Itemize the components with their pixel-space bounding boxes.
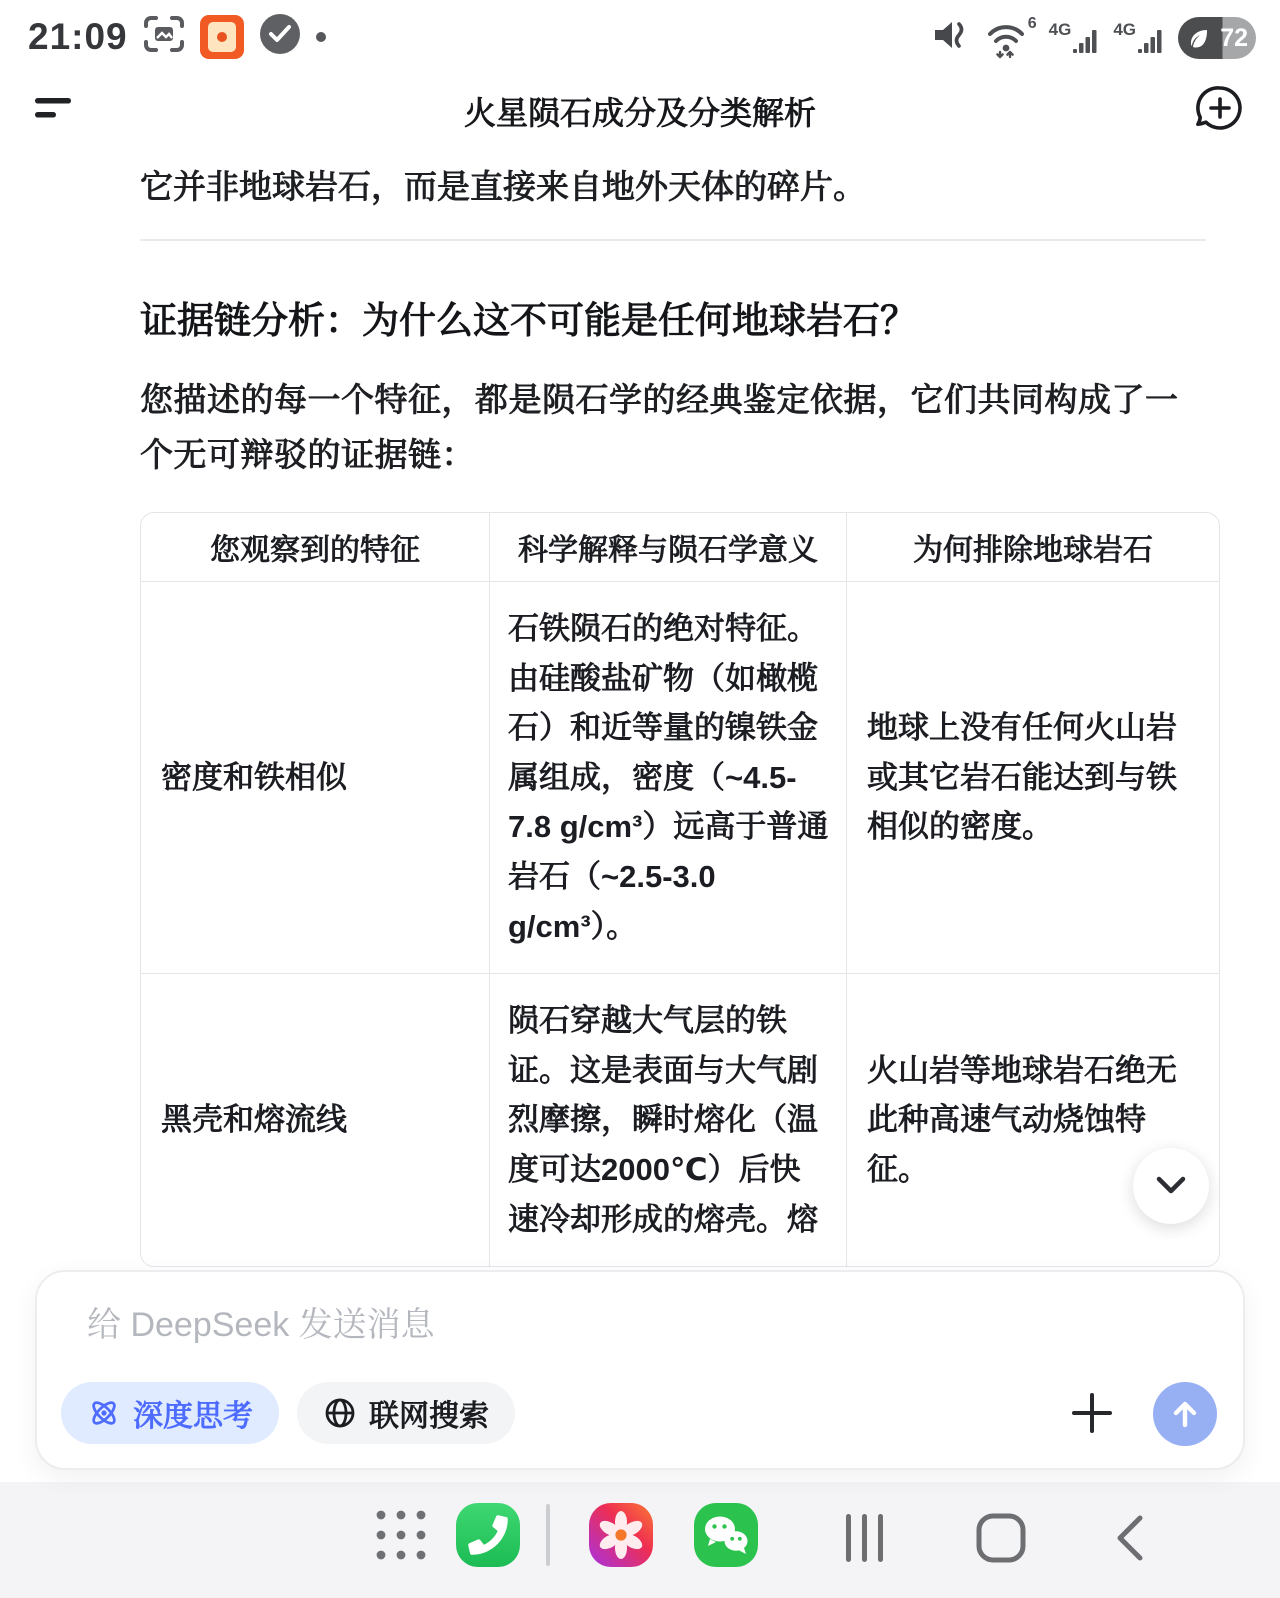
atom-icon (87, 1396, 121, 1430)
sim2-signal-icon: 4G (1113, 21, 1166, 55)
status-bar: 21:09 (0, 8, 1280, 64)
wifi6-label: 6 (1028, 15, 1037, 33)
deepseek-app-screen: 21:09 (0, 0, 1280, 1598)
message-input[interactable] (85, 1296, 1089, 1354)
message-composer: 深度思考 联网搜索 (35, 1270, 1245, 1470)
section-intro-paragraph: 您描述的每一个特征，都是陨石学的经典鉴定依据，它们共同构成了一个无可辩驳的证据链… (140, 372, 1202, 482)
wifi-icon: 6 (985, 17, 1037, 59)
more-notifications-dot (316, 32, 326, 42)
new-chat-icon[interactable] (1192, 80, 1248, 136)
wechat-app-icon[interactable] (694, 1503, 758, 1567)
cell-exclusion-density: 地球上没有任何火山岩或其它岩石能达到与铁相似的密度。 (846, 581, 1219, 973)
chevron-down-icon (1155, 1176, 1187, 1196)
mute-vibrate-icon (929, 14, 973, 61)
nav-home-button[interactable] (975, 1512, 1027, 1569)
section-heading: 证据链分析：为什么这不可能是任何地球岩石？ (140, 290, 1200, 344)
attach-plus-icon[interactable] (1069, 1390, 1115, 1436)
phone-app-icon[interactable] (456, 1503, 520, 1567)
dock-divider (546, 1504, 550, 1566)
battery-indicator: 72 (1178, 17, 1256, 59)
gallery-app-icon[interactable] (589, 1503, 653, 1567)
power-saving-leaf-icon (1187, 26, 1211, 50)
screenshot-notification-icon (142, 14, 186, 59)
deep-think-label: 深度思考 (133, 1391, 253, 1435)
nav-recents-button[interactable] (844, 1512, 886, 1569)
cell-explanation-fusion-crust: 陨石穿越大气层的铁证。这是表面与大气剧烈摩擦，瞬时熔化（温度可达2000℃）后快… (489, 973, 846, 1266)
cell-feature-fusion-crust: 黑壳和熔流线 (141, 973, 489, 1266)
clock: 21:09 (28, 16, 128, 58)
arrow-up-icon (1168, 1397, 1202, 1431)
table-row: 黑壳和熔流线 陨石穿越大气层的铁证。这是表面与大气剧烈摩擦，瞬时熔化（温度可达2… (141, 973, 1219, 1266)
table-header-row: 您观察到的特征 科学解释与陨石学意义 为何排除地球岩石 (141, 513, 1219, 581)
column-header-feature: 您观察到的特征 (141, 513, 489, 581)
web-search-toggle[interactable]: 联网搜索 (297, 1382, 515, 1444)
globe-icon (323, 1396, 357, 1430)
cell-feature-density: 密度和铁相似 (141, 581, 489, 973)
assistant-paragraph: 它并非地球岩石，而是直接来自地外天体的碎片。 (140, 162, 1140, 212)
section-divider (140, 239, 1206, 241)
page-title: 火星陨石成分及分类解析 (0, 88, 1280, 134)
update-check-notification-icon (258, 12, 302, 61)
orange-app-notification-icon (200, 15, 244, 59)
app-header: 火星陨石成分及分类解析 (0, 76, 1280, 148)
cell-explanation-density: 石铁陨石的绝对特征。由硅酸盐矿物（如橄榄石）和近等量的镍铁金属组成，密度（~4.… (489, 581, 846, 973)
deep-think-toggle[interactable]: 深度思考 (61, 1382, 279, 1444)
table-row: 密度和铁相似 石铁陨石的绝对特征。由硅酸盐矿物（如橄榄石）和近等量的镍铁金属组成… (141, 581, 1219, 973)
evidence-table: 您观察到的特征 科学解释与陨石学意义 为何排除地球岩石 密度和铁相似 石铁陨石的… (140, 512, 1220, 1267)
sim1-signal-icon: 4G (1049, 21, 1102, 55)
column-header-explanation: 科学解释与陨石学意义 (489, 513, 846, 581)
app-drawer-icon[interactable] (372, 1506, 430, 1564)
battery-percent: 72 (1220, 24, 1248, 53)
system-taskbar (0, 1482, 1280, 1598)
web-search-label: 联网搜索 (369, 1391, 489, 1435)
column-header-exclusion: 为何排除地球岩石 (846, 513, 1219, 581)
send-button[interactable] (1153, 1382, 1217, 1446)
nav-back-button[interactable] (1112, 1512, 1148, 1569)
scroll-to-bottom-button[interactable] (1133, 1148, 1209, 1224)
